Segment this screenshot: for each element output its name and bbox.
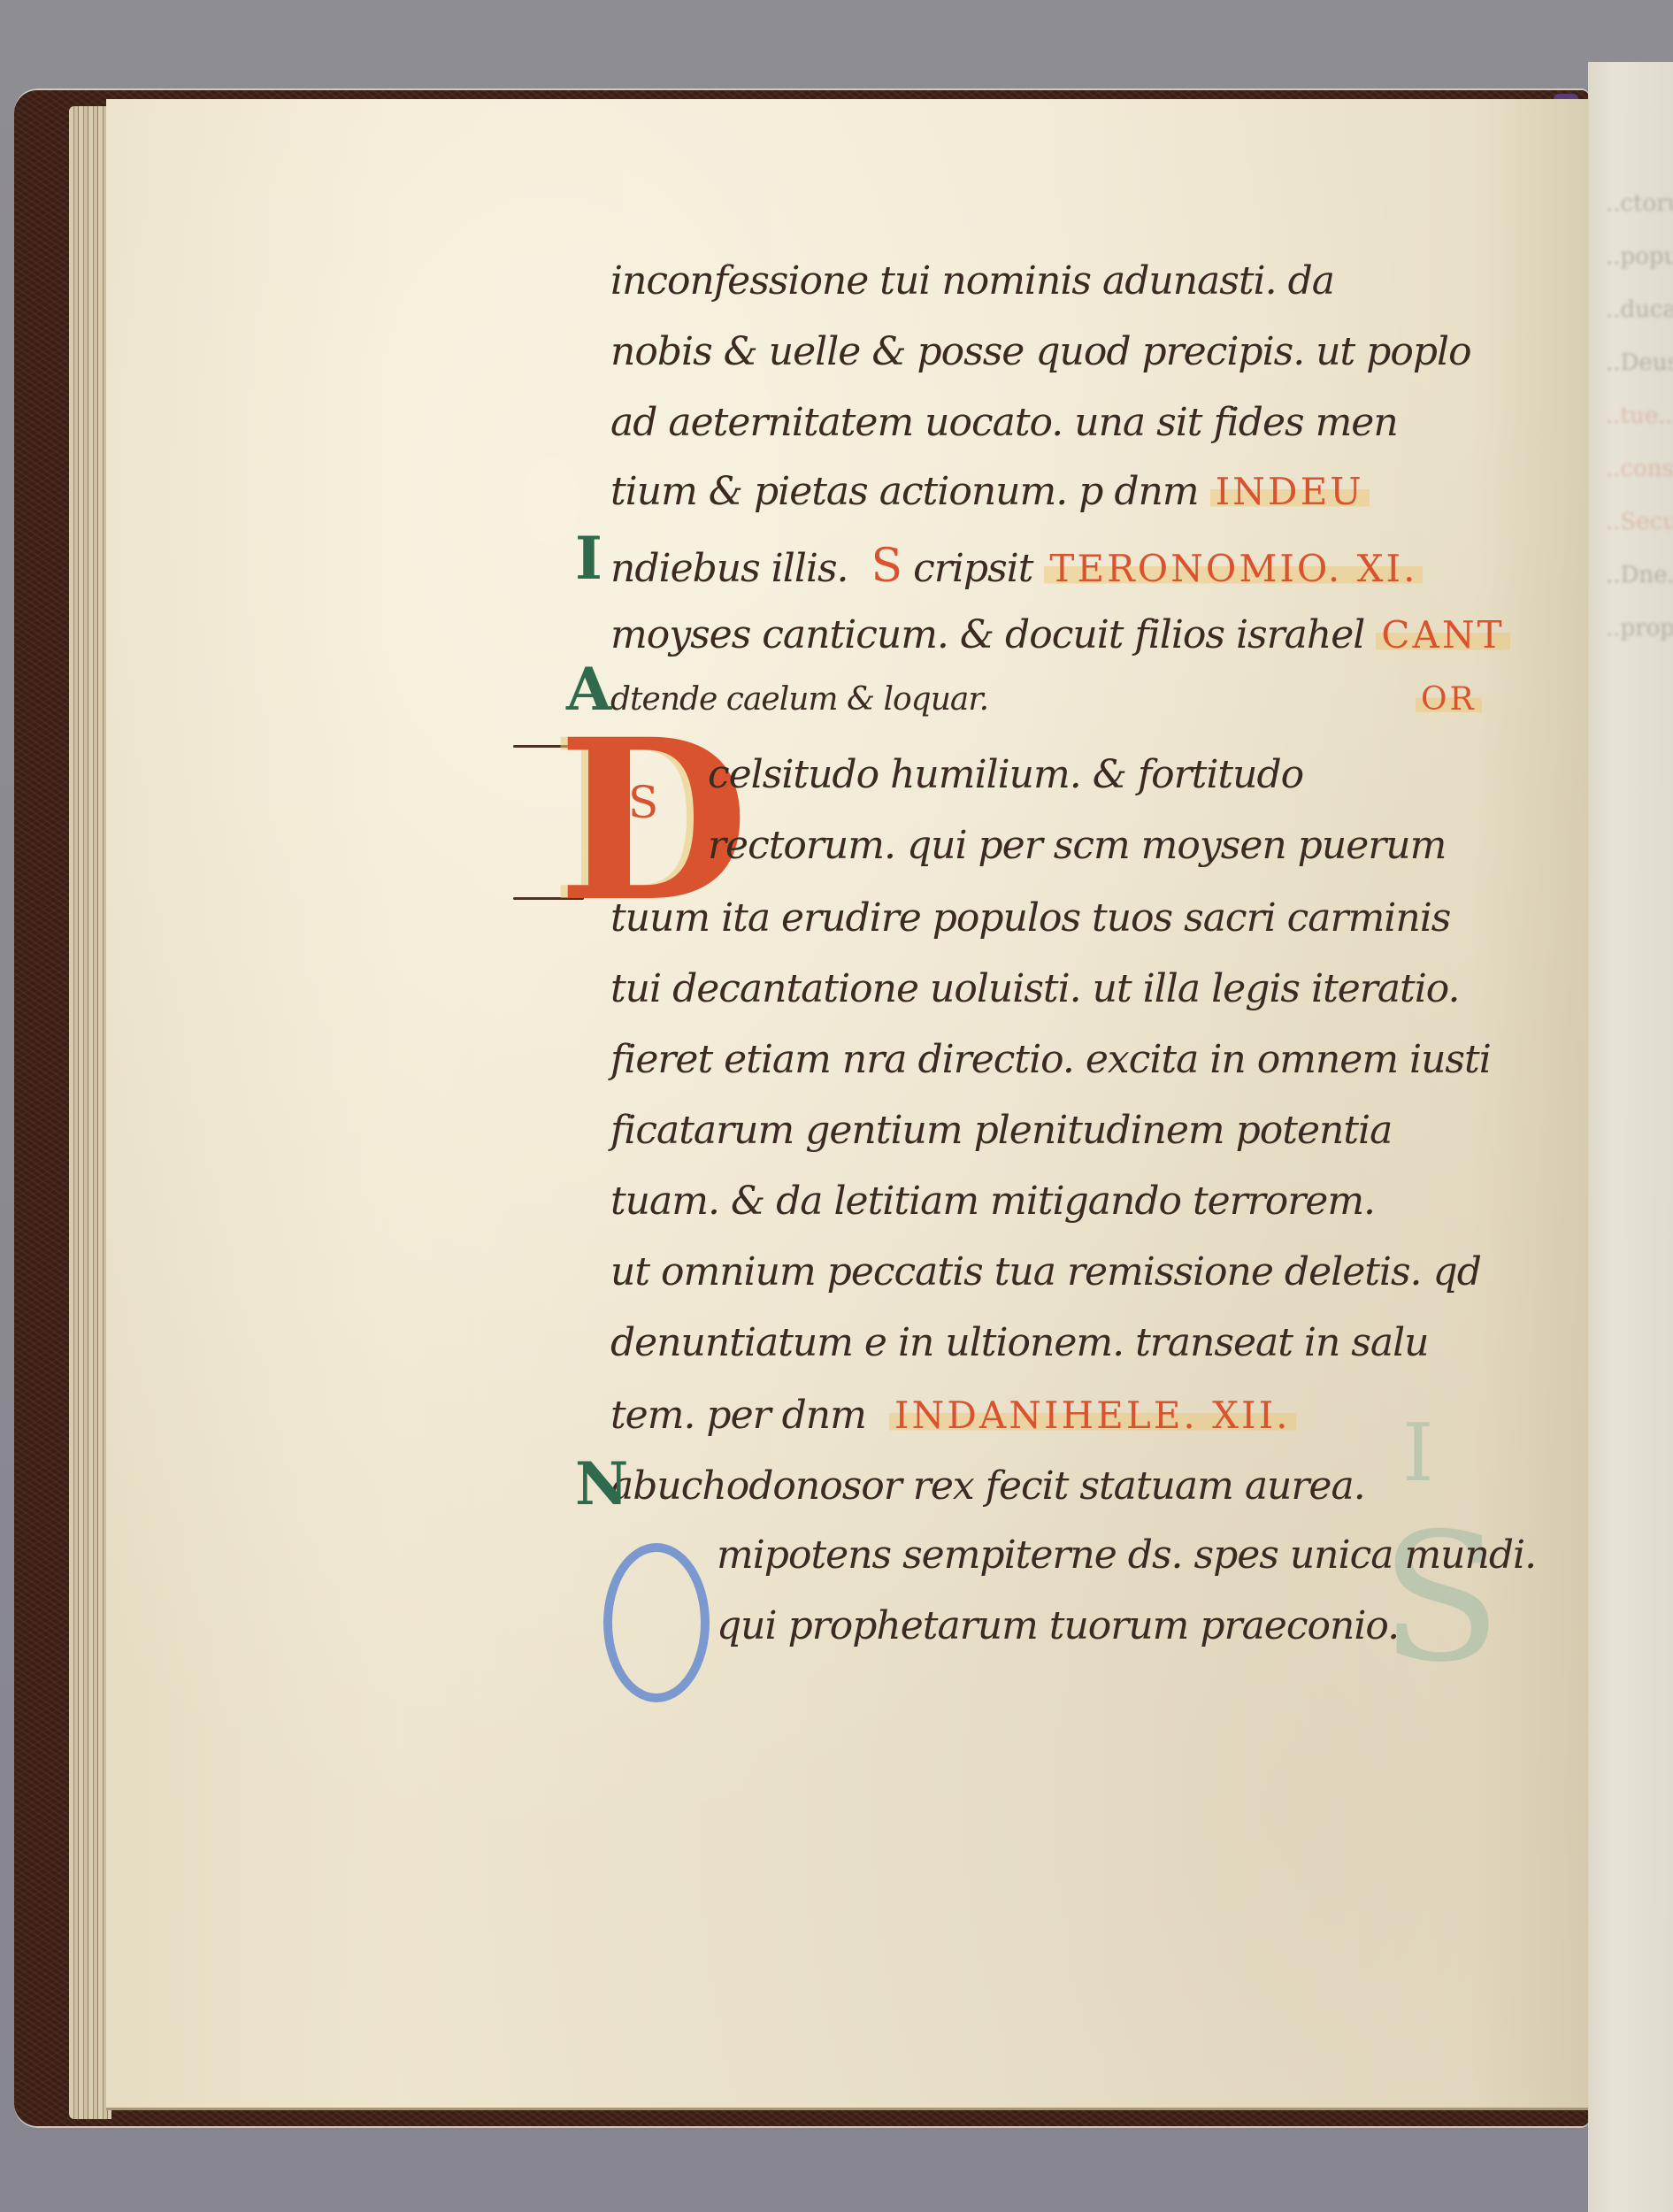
manuscript-line: tium & pietas actionum. p dnm INDEU [610,469,1370,514]
page-stack-edge [69,106,111,2119]
green-initial-N: N [575,1449,627,1518]
manuscript-line: mipotens sempiterne ds. spes unica mundi… [717,1532,1536,1578]
manuscript-line: I ndiebus illis. S cripsit TERONOMIO. XI… [610,540,1423,593]
rubric-heading: INDANIHELE. XII. [889,1394,1296,1437]
manuscript-line: celsitudo humilium. & fortitudo [708,752,1303,797]
manuscript-line: tem. per dnm INDANIHELE. XII. [610,1393,1296,1438]
manuscript-line: qui prophetarum tuorum praeconio. [717,1603,1399,1648]
manuscript-line: ad aeternitatem uocato. una sit fides me… [610,400,1398,445]
facing-page-ghost-text: ..ctorum... ..populo... ..ducam... ..Deu… [1606,177,1673,655]
rubric-marginal-or: OR [1416,681,1482,718]
red-initial-inner-S: S [628,777,658,828]
manuscript-line: tuam. & da letitiam mitigando terrorem. [610,1179,1375,1224]
rubric-initial-S: S [871,540,902,593]
manuscript-line: N abuchodonosor rex fecit statuam aurea. [610,1463,1365,1509]
manuscript-line: inconfessione tui nominis adunasti. da [610,258,1334,303]
manuscript-line: denuntiatum e in ultionem. transeat in s… [610,1320,1429,1365]
rubric-heading: TERONOMIO. XI. [1044,547,1423,590]
manuscript-line: rectorum. qui per scm moysen puerum [708,823,1446,868]
manuscript-line: tuum ita erudire populos tuos sacri carm… [610,895,1450,941]
manuscript-line: ficatarum gentium plenitudinem potentia [610,1108,1392,1153]
rubric-heading: INDEU [1210,470,1370,513]
manuscript-line: tui decantatione uoluisti. ut illa legis… [610,966,1460,1011]
offset-ghost-initial: S [1380,1495,1501,1701]
manuscript-line: fieret etiam nra directio. excita in omn… [610,1037,1491,1082]
manuscript-line: moyses canticum. & docuit filios israhel… [610,612,1510,657]
offset-ghost-initial: I [1402,1407,1434,1500]
green-initial-I: I [575,524,602,593]
manuscript-line: ut omnium peccatis tua remissione deleti… [610,1249,1481,1294]
manuscript-line: nobis & uelle & posse quod precipis. ut … [610,329,1471,374]
blue-initial-O [603,1543,710,1702]
rubric-heading: CANT [1376,613,1509,657]
